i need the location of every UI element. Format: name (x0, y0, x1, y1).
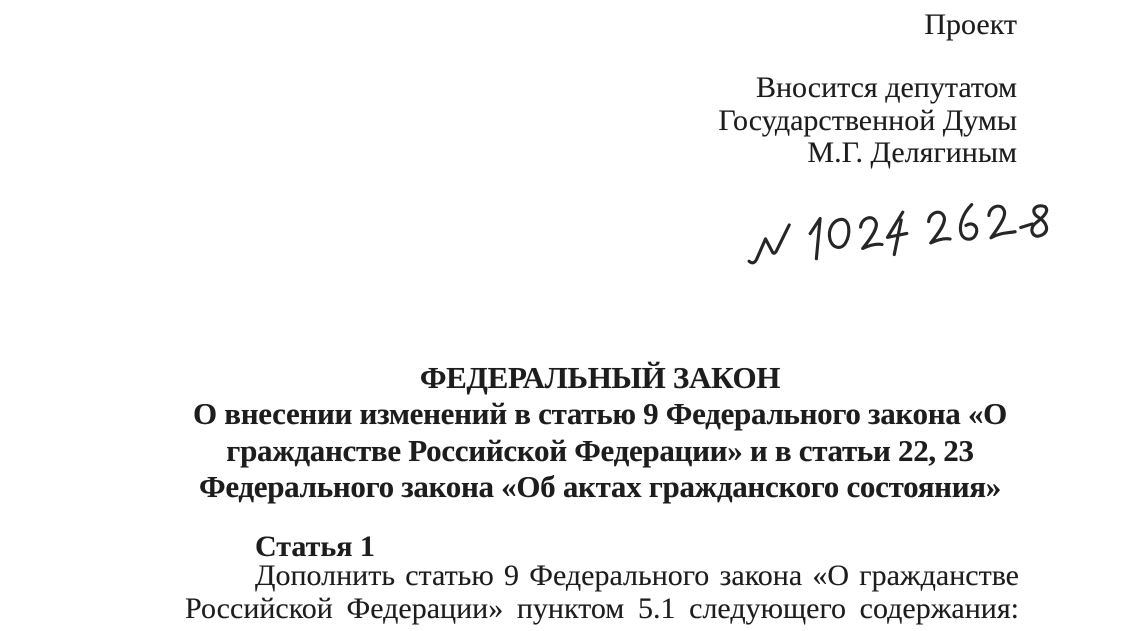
draft-label: Проект (185, 8, 1017, 42)
handwritten-registration-number: № 1024262-8 (742, 192, 1054, 268)
article-1-paragraph-line: Дополнить статью 9 Федерального закона «… (185, 560, 1019, 593)
article-1-paragraph-line: Российской Федерации» пунктом 5.1 следую… (185, 593, 1019, 626)
law-title-line: гражданстве Российской Федерации» и в ст… (226, 433, 973, 469)
submitted-by-line: Государственной Думы (185, 105, 1017, 138)
law-title-heading: ФЕДЕРАЛЬНЫЙ ЗАКОН (420, 360, 780, 396)
article-1-paragraph: Дополнить статью 9 Федерального закона «… (185, 560, 1019, 625)
submitted-by-block: Вносится депутатом Государственной Думы … (185, 72, 1017, 170)
submitted-by-line: М.Г. Делягиным (185, 137, 1017, 170)
law-title-line: О внесении изменений в статью 9 Федераль… (193, 396, 1007, 432)
law-title-line: Федерального закона «Об актах гражданско… (199, 469, 1001, 505)
submitted-by-line: Вносится депутатом (185, 72, 1017, 105)
scanned-bill-page: Проект Вносится депутатом Государственно… (0, 0, 1122, 631)
handwriting-strokes-drawing (742, 192, 1054, 268)
law-title-block: ФЕДЕРАЛЬНЫЙ ЗАКОН О внесении изменений в… (160, 360, 1040, 505)
